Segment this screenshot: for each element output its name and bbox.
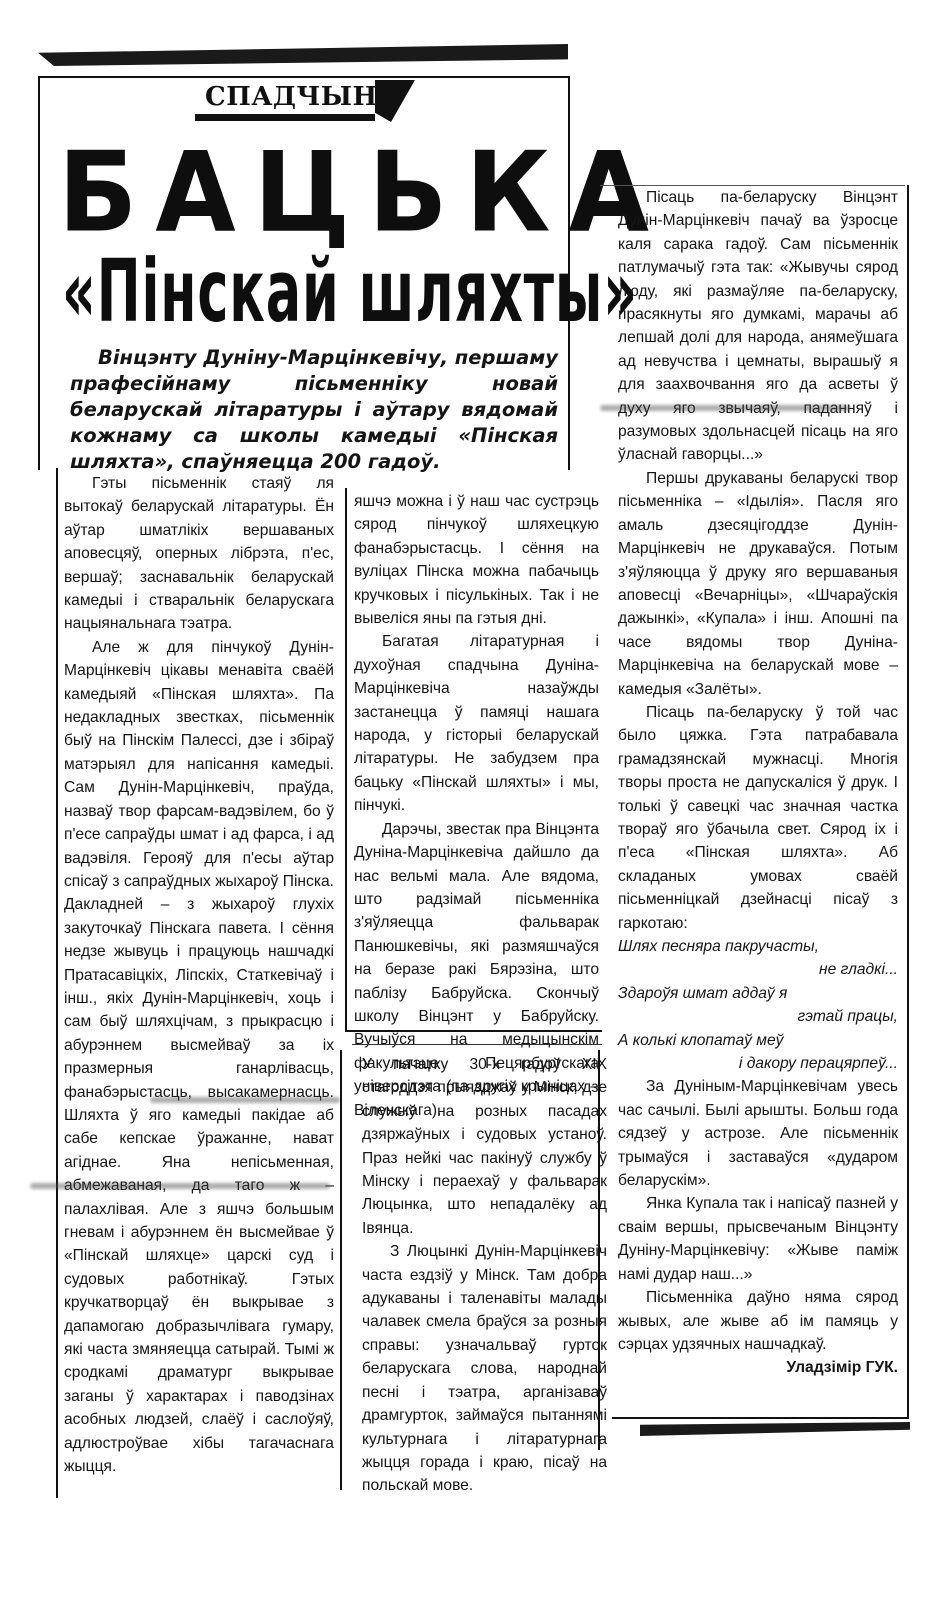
article-column-3: Пісаць па-беларуску Вінцэнт Дунін-Марцін… — [618, 186, 898, 1380]
scan-smudge — [150, 1097, 340, 1103]
paragraph: З Люцынкі Дунін-Марцінкевіч часта ездзіў… — [362, 1240, 607, 1497]
article-column-1: Гэты пісьменнік стаяў ля вытокаў беларус… — [64, 472, 334, 1478]
column-divider — [598, 1050, 600, 1450]
rubric-underline — [195, 114, 375, 121]
paragraph: Пісаць па-беларуску Вінцэнт Дунін-Марцін… — [618, 186, 898, 467]
scan-smudge — [30, 1183, 330, 1189]
scan-smudge — [600, 405, 850, 411]
column1-rule — [56, 468, 58, 1498]
poem-line: А колькі клопатаў меў — [618, 1029, 898, 1052]
article-column-2-bottom: У пачатку 30-х гадоў XIX стагоддзя прыяз… — [362, 1053, 607, 1498]
paragraph: Але ж для пінчукоў Дунін-Марцінкевіч цік… — [64, 636, 334, 1479]
poem-line: не гладкі... — [618, 958, 898, 981]
paragraph: У пачатку 30-х гадоў XIX стагоддзя прыяз… — [362, 1053, 607, 1240]
lead-paragraph: Вінцэнту Дуніну-Марцінкевічу, першаму пр… — [70, 345, 558, 475]
top-decorative-bar — [38, 44, 568, 66]
paragraph: Гэты пісьменнік стаяў ля вытокаў беларус… — [64, 472, 334, 636]
paragraph: За Дуніным-Марцінкевічам увесь час сачыл… — [618, 1075, 898, 1192]
poem-line: Шлях песняра пакручасты, — [618, 935, 898, 958]
column-divider — [340, 1050, 342, 1490]
poem-line: і дакору перацярпеў... — [618, 1052, 898, 1075]
paragraph: яшчэ можна і ў наш час сустрэць сярод пі… — [354, 490, 599, 630]
rubric-banner: СПАДЧЫНА — [195, 78, 420, 126]
article-column-2-top: яшчэ можна і ў наш час сустрэць сярод пі… — [354, 490, 599, 1122]
bottom-decorative-bar — [640, 1422, 910, 1436]
paragraph: Першы друкаваны беларускі твор пісьменні… — [618, 467, 898, 701]
poem-line: гэтай працы, — [618, 1005, 898, 1028]
paragraph: Пісаць па-беларуску ў той час было цяжка… — [618, 701, 898, 935]
paragraph: Пісьменніка даўно няма сярод жывых, але … — [618, 1286, 898, 1356]
column2b-topline — [352, 1044, 602, 1045]
poem-line: Здароўя шмат аддаў я — [618, 982, 898, 1005]
rubric-triangle-icon — [375, 80, 415, 122]
rubric-label: СПАДЧЫНА — [205, 82, 399, 112]
author-signature: Уладзімір ГУК. — [618, 1356, 898, 1379]
headline-sub: «Пінскай шляхты» — [62, 232, 472, 354]
paragraph: Янка Купала так і напісаў пазней у сваім… — [618, 1192, 898, 1286]
paragraph: Багатая літаратурная і духоўная спадчына… — [354, 630, 599, 817]
